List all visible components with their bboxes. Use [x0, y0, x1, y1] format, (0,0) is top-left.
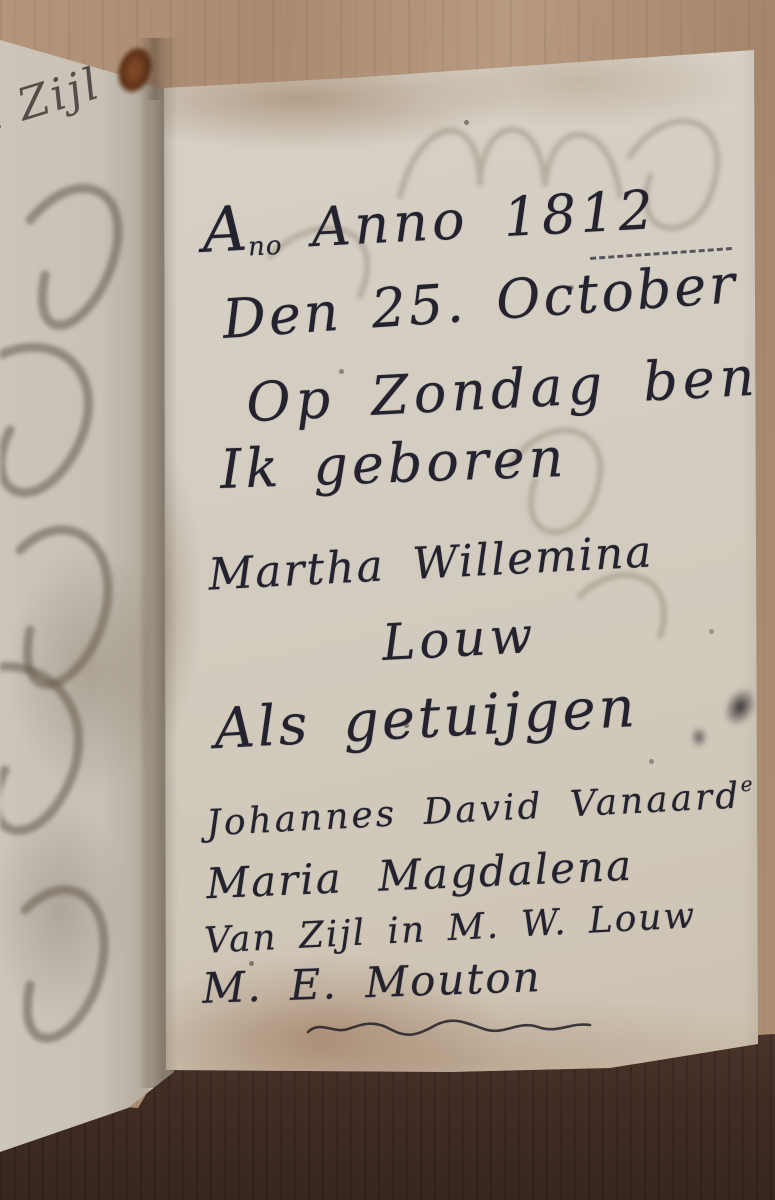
- ink-smudge-small: [690, 726, 708, 748]
- manuscript-line-surname: Louw: [381, 606, 538, 672]
- manuscript-page: AnoAnno 1812 Den 25. October Op Zondag b…: [150, 36, 775, 1086]
- book-gutter-fold-shadow: [138, 38, 178, 1088]
- ink-flourish-squiggle: [302, 1012, 602, 1044]
- photo-of-open-book: n Zijl AnoAnno 1812 Den 25. October Op Z…: [0, 0, 775, 1200]
- line1-initial: A: [200, 192, 249, 267]
- witness1-superscript: e: [740, 772, 756, 797]
- manuscript-line-geboren: Ik geboren: [219, 426, 568, 501]
- line1-superscript: no: [247, 231, 283, 263]
